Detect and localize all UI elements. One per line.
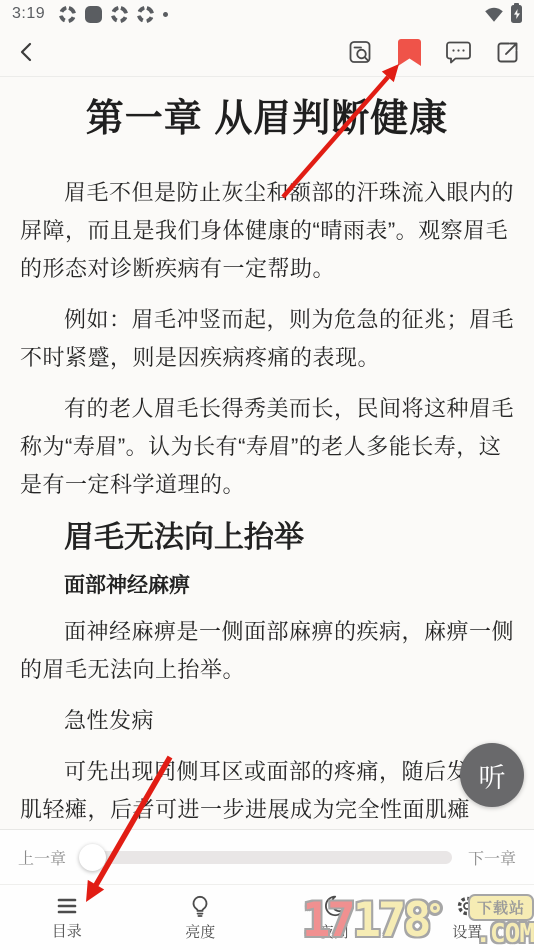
paragraph: 面神经麻痹是一侧面部麻痹的疾病，麻痹一侧的眉毛无法向上抬举。	[20, 613, 514, 689]
nav-item-brightness[interactable]: 亮度	[134, 885, 268, 950]
nav-label: 设置	[452, 921, 482, 942]
prev-chapter-button[interactable]: 上一章	[18, 846, 66, 869]
listen-fab-button[interactable]: 听	[460, 743, 524, 807]
hamburger-menu-icon	[54, 895, 80, 917]
chapter-pager: 上一章 下一章	[0, 830, 534, 885]
section-heading: 眉毛无法向上抬举	[64, 517, 514, 559]
lightbulb-icon	[188, 894, 212, 918]
nav-label: 夜间	[319, 921, 349, 942]
sub-heading: 急性发病	[64, 702, 514, 740]
nav-label: 亮度	[185, 921, 215, 942]
speech-bubble-ellipsis-icon	[445, 40, 472, 65]
bookmark-button[interactable]	[396, 39, 422, 65]
reader-toolbar	[0, 28, 534, 77]
nav-label: 目录	[52, 920, 82, 941]
battery-charging-icon	[511, 5, 522, 23]
clock: 3:19	[12, 5, 45, 23]
app-pinwheel-icon	[59, 6, 76, 23]
notification-icons	[59, 6, 168, 23]
back-button[interactable]	[14, 39, 40, 65]
chevron-left-icon	[16, 41, 38, 63]
sub-heading: 面部神经麻痹	[64, 571, 514, 601]
reader-screen: 3:19	[0, 0, 534, 950]
gear-icon	[455, 894, 479, 918]
app-pinwheel-icon	[137, 6, 154, 23]
reader-nav-bar: 目录 亮度 夜间	[0, 885, 534, 950]
progress-slider-thumb[interactable]	[79, 844, 106, 871]
paragraph: 眉毛不但是防止灰尘和额部的汗珠流入眼内的屏障，而且是我们身体健康的“晴雨表”。观…	[20, 174, 514, 288]
listen-label: 听	[479, 756, 506, 795]
comments-button[interactable]	[445, 39, 471, 65]
crescent-moon-icon	[322, 894, 346, 918]
page-search-icon	[347, 39, 373, 65]
search-in-page-button[interactable]	[347, 39, 373, 65]
wifi-icon	[484, 5, 504, 23]
paragraph: 例如：眉毛冲竖而起，则为危急的征兆；眉毛不时紧蹙，则是因疾病疼痛的表现。	[20, 301, 514, 377]
reading-area[interactable]: 第一章 从眉判断健康 眉毛不但是防止灰尘和额部的汗珠流入眼内的屏障，而且是我们身…	[0, 77, 534, 950]
chapter-title: 第一章 从眉判断健康	[20, 92, 514, 146]
app-pinwheel-icon	[111, 6, 128, 23]
overflow-dot-icon	[163, 12, 168, 17]
paragraph: 有的老人眉毛长得秀美而长，民间将这种眉毛称为“寿眉”。认为长有“寿眉”的老人多能…	[20, 390, 514, 504]
reader-bottom-panel: 上一章 下一章 目录	[0, 829, 534, 950]
status-bar: 3:19	[0, 0, 534, 28]
nav-item-night[interactable]: 夜间	[267, 885, 401, 950]
next-chapter-button[interactable]: 下一章	[468, 846, 516, 869]
share-button[interactable]	[494, 39, 520, 65]
bookmark-filled-icon	[398, 39, 421, 66]
nav-item-catalog[interactable]: 目录	[0, 885, 134, 950]
nav-item-settings[interactable]: 设置	[401, 885, 534, 950]
external-share-icon	[495, 40, 520, 65]
progress-slider[interactable]	[82, 851, 452, 864]
app-square-icon	[85, 6, 102, 23]
